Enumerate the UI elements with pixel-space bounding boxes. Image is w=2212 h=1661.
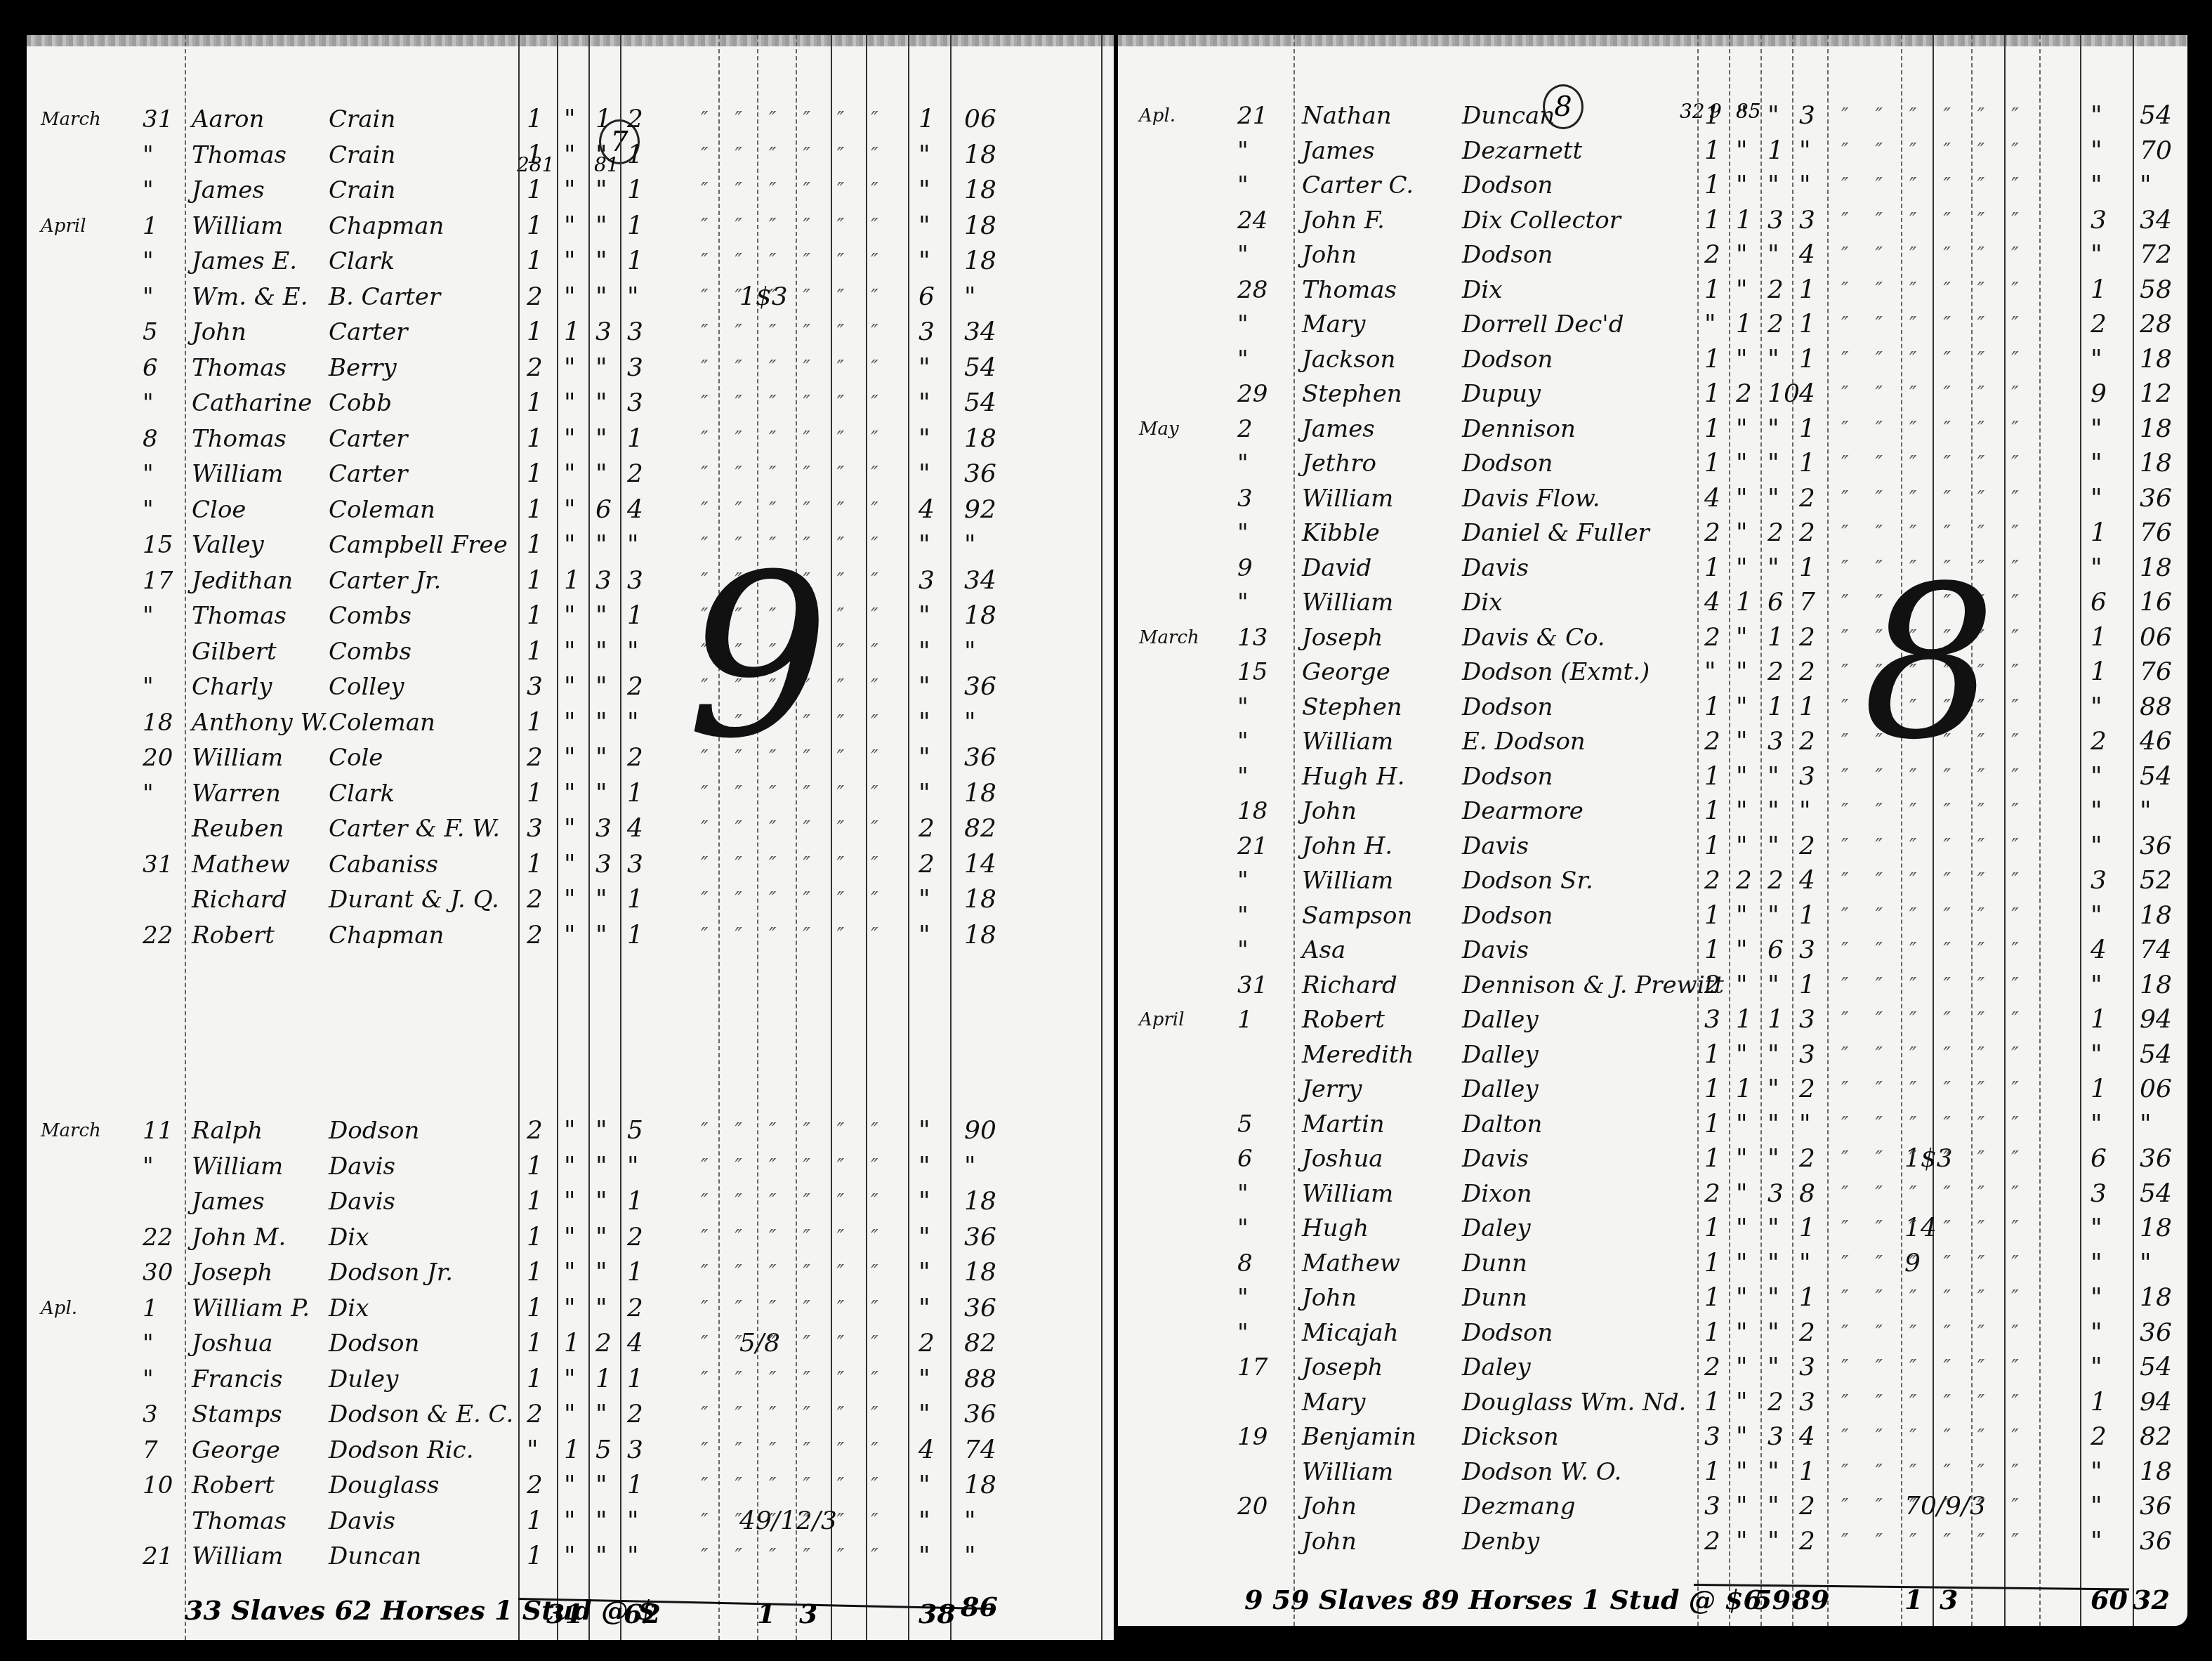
ditto-marks: ″″″″″″ [701, 847, 905, 882]
entry-col-3: 3 [1767, 1419, 1784, 1455]
ditto-marks: ″″″″″″ [1841, 1211, 2046, 1246]
entry-col-2: " [1736, 446, 1748, 481]
ditto-marks: ″″″″″″ [1841, 481, 2046, 516]
ledger-row: April1RobertDalley3113194″″″″″″ [1118, 1002, 2187, 1037]
entry-last-name: Dupuy [1462, 376, 1541, 412]
entry-last-name: Davis Flow. [1462, 481, 1600, 516]
entry-last-name: Dodson Ric. [329, 1433, 473, 1468]
entry-col-2: " [564, 1149, 576, 1184]
entry-col-1: 2 [527, 882, 543, 917]
entry-col-2: " [1736, 1246, 1748, 1281]
entry-col-2: " [1736, 237, 1748, 273]
entry-col-1: 1 [1704, 273, 1720, 308]
entry-col-1: 1 [527, 209, 543, 244]
entry-day: 18 [1237, 794, 1268, 829]
entry-col-1: 1 [1704, 1280, 1720, 1315]
ledger-row: 31RichardDennison & J. Prewitt2""1"18″″″… [1118, 968, 2187, 1003]
ditto-marks: ″″″″″″ [1841, 237, 2046, 273]
entry-day: 31 [1237, 968, 1268, 1003]
entry-col-2: " [564, 527, 576, 563]
entry-col-1: 3 [527, 669, 543, 704]
entry-last-name: Dennison & J. Prewitt [1462, 968, 1724, 1003]
entry-last-name: Dix [1462, 585, 1502, 620]
entry-total-cents: 34 [964, 315, 996, 350]
ditto-marks: ″″″″″″ [701, 421, 905, 457]
entry-day: 6 [143, 350, 158, 386]
entry-month: Apl. [41, 1291, 77, 1326]
ledger-row: "WilliamDix4167616″″″″″″ [1118, 585, 2187, 620]
entry-last-name: Dix [1462, 273, 1502, 308]
ditto-marks: ″″″″″″ [1841, 829, 2046, 864]
entry-last-name: Dodson [1462, 759, 1553, 794]
entry-first-name: Francis [192, 1362, 282, 1397]
entry-first-name: James [192, 173, 265, 208]
entry-col-2: " [1736, 1489, 1748, 1524]
entry-col-3: 2 [1767, 863, 1784, 898]
entry-last-name: Carter & F. W. [329, 811, 500, 846]
entry-col-3: 6 [595, 492, 612, 527]
entry-col-1: 1 [1704, 98, 1720, 133]
entry-col-1: 2 [527, 918, 543, 953]
entry-col-dollars: " [919, 882, 930, 917]
entry-col-2: " [564, 882, 576, 917]
entry-col-3: 2 [1767, 273, 1784, 308]
ditto-marks: ″″″″″″ [701, 1433, 905, 1468]
entry-day: 1 [1237, 1002, 1253, 1037]
entry-col-4: 4 [627, 1326, 643, 1361]
entry-col-2: " [1736, 1315, 1748, 1351]
entry-last-name: Dunn [1462, 1246, 1527, 1281]
entry-total-cents: " [2140, 1107, 2152, 1142]
entry-col-1: 1 [1704, 898, 1720, 933]
entry-col-1: 2 [1704, 1176, 1720, 1212]
ledger-row: "MaryDorrell Dec'd"121228″″″″″″ [1118, 307, 2187, 342]
ditto-marks: ″″″″″″ [701, 1184, 905, 1219]
entry-col-4: 4 [627, 811, 643, 846]
entry-total-cents: 76 [2140, 655, 2172, 690]
entry-first-name: Meredith [1302, 1037, 1414, 1072]
entry-total-cents: 18 [2140, 551, 2172, 586]
ledger-row: "JethroDodson1""1"18″″″″″″ [1118, 446, 2187, 481]
entry-total-cents: 18 [964, 138, 996, 173]
entry-col-1: 1 [527, 1362, 543, 1397]
ledger-row: GilbertCombs1"""""″″″″″″ [27, 634, 1114, 669]
total-dollars: 38 [919, 1598, 956, 1629]
entry-col-dollars: " [2091, 1489, 2102, 1524]
entry-col-4: 1 [627, 421, 643, 457]
entry-col-3: " [595, 350, 607, 386]
entry-col-4: 1 [627, 244, 643, 279]
entry-last-name: Coleman [329, 705, 435, 740]
entry-total-cents: 18 [964, 776, 996, 811]
entry-total-cents: 18 [964, 421, 996, 457]
entry-day: 11 [143, 1113, 173, 1148]
entry-col-2: " [564, 244, 576, 279]
entry-col-dollars: " [2091, 690, 2102, 725]
total-col6: 1 [757, 1598, 775, 1629]
ledger-row: 21WilliamDuncan1"""""″″″″″″ [27, 1539, 1114, 1574]
entry-col-dollars: 4 [919, 1433, 935, 1468]
entry-col-2: " [564, 280, 576, 315]
entry-col-4: 4 [627, 492, 643, 527]
entry-col-3: 2 [1767, 307, 1784, 342]
entry-last-name: Chapman [329, 209, 444, 244]
entry-day: " [143, 669, 154, 704]
entry-first-name: John [1302, 1524, 1357, 1559]
entry-total-cents: 14 [964, 847, 996, 882]
entry-day: 8 [143, 421, 158, 457]
total-horses: 62 [624, 1598, 661, 1629]
entry-first-name: Carter C. [1302, 168, 1414, 203]
entry-col-4: " [1799, 1107, 1811, 1142]
entry-total-cents: " [964, 1149, 976, 1184]
entry-col-1: 1 [527, 1291, 543, 1326]
entry-col-3: 6 [1767, 933, 1784, 968]
entry-col-3: " [595, 1220, 607, 1255]
entry-col-1: 1 [527, 847, 543, 882]
entry-first-name: Wm. & E. [192, 280, 308, 315]
entry-day: 6 [1237, 1141, 1253, 1176]
entry-col-4: 1 [1799, 1211, 1815, 1246]
entry-col-3: " [1767, 1489, 1779, 1524]
entry-col-3: " [1767, 759, 1779, 794]
entry-col-2: " [1736, 342, 1748, 377]
entry-col-1: 2 [1704, 968, 1720, 1003]
entry-col-3: 1 [1767, 133, 1784, 169]
entry-col-2: " [564, 1255, 576, 1290]
entry-col-3: " [1767, 1350, 1779, 1385]
entry-day: " [143, 1326, 154, 1361]
entry-day: 5 [1237, 1107, 1253, 1142]
entry-col-2: " [564, 1220, 576, 1255]
ledger-row: Apl.1William P.Dix1""2"36″″″″″″ [27, 1291, 1114, 1326]
entry-col-3: " [595, 1397, 607, 1432]
entry-col-1: 1 [1704, 794, 1720, 829]
entry-col-2: " [564, 1113, 576, 1148]
entry-col-4: 2 [1799, 829, 1815, 864]
entry-col-2: " [564, 847, 576, 882]
ditto-marks: ″″″″″″ [701, 918, 905, 953]
entry-col-4: 4 [1799, 1419, 1815, 1455]
entry-col-3: 1 [1767, 1002, 1784, 1037]
entry-last-name: Dix [329, 1291, 369, 1326]
entry-col-dollars: 1 [2091, 516, 2107, 551]
ledger-row: 29StephenDupuy12104912″″″″″″ [1118, 376, 2187, 412]
entry-col-2: " [1736, 1176, 1748, 1212]
ledger-row: 10RobertDouglass2""1"18″″″″″″ [27, 1468, 1114, 1503]
entry-last-name: Davis [1462, 551, 1529, 586]
entry-col-4: 3 [1799, 759, 1815, 794]
entry-first-name: Gilbert [192, 634, 277, 669]
entry-total-cents: 54 [2140, 1176, 2172, 1212]
entry-col-dollars: 1 [2091, 1002, 2107, 1037]
entry-col-dollars: " [2091, 968, 2102, 1003]
entry-day: 2 [1237, 412, 1253, 447]
ditto-marks: ″″″″″″ [701, 244, 905, 279]
ledger-row: "CloeColeman1"64492″″″″″″ [27, 492, 1114, 527]
entry-col-3: " [1767, 446, 1779, 481]
ditto-marks: ″″″″″″ [1841, 1315, 2046, 1351]
entry-col-dollars: " [2091, 551, 2102, 586]
entry-col-2: " [1736, 481, 1748, 516]
entry-col-1: 1 [527, 244, 543, 279]
entry-col-2: 1 [1736, 307, 1752, 342]
entry-col-4: 1 [627, 918, 643, 953]
entry-col-1: 1 [527, 634, 543, 669]
entry-total-cents: 18 [964, 209, 996, 244]
entry-month: May [1139, 412, 1179, 447]
entry-day: 18 [143, 705, 173, 740]
entry-col-2: " [1736, 1037, 1748, 1072]
entry-col-dollars: " [919, 1149, 930, 1184]
entry-first-name: William [1302, 1176, 1393, 1212]
entry-first-name: Hugh H. [1302, 759, 1404, 794]
entry-first-name: Mathew [1302, 1246, 1400, 1281]
entry-first-name: Stamps [192, 1397, 282, 1432]
entry-first-name: Jedithan [192, 563, 293, 598]
ditto-marks: ″″″″″″ [1841, 1246, 2046, 1281]
entry-first-name: John F. [1302, 203, 1385, 238]
ditto-marks: ″″″″″″ [1841, 1489, 2046, 1524]
ledger-row: 9DavidDavis1""1"18″″″″″″ [1118, 551, 2187, 586]
ledger-row: March13JosephDavis & Co.2"12106″″″″″″ [1118, 620, 2187, 655]
entry-day: 24 [1237, 203, 1268, 238]
entry-col-3: " [1767, 98, 1779, 133]
entry-last-name: Dalley [1462, 1072, 1539, 1107]
entry-col-2: " [564, 669, 576, 704]
entry-first-name: Stephen [1302, 376, 1402, 412]
entry-first-name: John [1302, 237, 1357, 273]
entry-col-dollars: " [919, 669, 930, 704]
total-cents: 86 [961, 1591, 998, 1622]
entry-total-cents: 34 [964, 563, 996, 598]
entry-total-cents: 28 [2140, 307, 2172, 342]
entry-col-dollars: " [919, 1539, 930, 1574]
entry-col-3: " [1767, 237, 1779, 273]
ledger-row: ReubenCarter & F. W.3"34282″″″″″″ [27, 811, 1114, 846]
entry-last-name: Dodson Sr. [1462, 863, 1593, 898]
ditto-marks: ″″″″″″ [1841, 1072, 2046, 1107]
entry-col-1: 1 [1704, 759, 1720, 794]
entry-col-2: " [1736, 1107, 1748, 1142]
entry-last-name: Dodson [1462, 237, 1553, 273]
entry-total-cents: 36 [964, 740, 996, 775]
entry-col-1: 1 [527, 563, 543, 598]
entry-col-4: " [627, 1504, 639, 1539]
entry-first-name: Joshua [1302, 1141, 1383, 1176]
ledger-row: WilliamDodson W. O.1""1"18″″″″″″ [1118, 1455, 2187, 1490]
entry-col-2: " [1736, 516, 1748, 551]
entry-first-name: Nathan [1302, 98, 1392, 133]
entry-first-name: Cloe [192, 492, 246, 527]
ledger-row: "James E.Clark1""1"18″″″″″″ [27, 244, 1114, 279]
ditto-marks: ″″″″″″ [1841, 863, 2046, 898]
entry-col-2: " [564, 1362, 576, 1397]
entry-day: 31 [143, 847, 173, 882]
entry-day: " [1237, 446, 1249, 481]
entry-col-4: 2 [1799, 655, 1815, 690]
entry-day: 3 [143, 1397, 158, 1432]
ditto-marks: ″″″″″″ [1841, 273, 2046, 308]
entry-col-1: 2 [527, 1468, 543, 1503]
entry-col-1: 1 [1704, 342, 1720, 377]
entry-day: 17 [1237, 1350, 1268, 1385]
ledger-row: "HughDaley1""1"1814″″″″″″ [1118, 1211, 2187, 1246]
ditto-marks: ″″″″″″ [701, 280, 905, 315]
entry-first-name: William P. [192, 1291, 310, 1326]
entry-col-4: 2 [1799, 1072, 1815, 1107]
entry-first-name: Kibble [1302, 516, 1380, 551]
entry-col-4: 3 [627, 1433, 643, 1468]
ledger-row: 22RobertChapman2""1"18″″″″″″ [27, 918, 1114, 953]
entry-col-1: 1 [527, 527, 543, 563]
entry-last-name: Dickson [1462, 1419, 1559, 1455]
ditto-marks: ″″″″″″ [701, 457, 905, 492]
entry-last-name: Dodson [1462, 1315, 1553, 1351]
ditto-marks: ″″″″″″ [701, 138, 905, 173]
entry-col-dollars: 2 [2091, 1419, 2107, 1455]
entry-col-3: " [595, 386, 607, 421]
entry-col-1: 1 [1704, 446, 1720, 481]
entry-total-cents: " [2140, 794, 2152, 829]
entry-first-name: Mary [1302, 1385, 1366, 1420]
entry-day: " [143, 244, 154, 279]
entry-col-2: " [564, 350, 576, 386]
entry-first-name: John [1302, 794, 1357, 829]
entry-col-1: 2 [527, 1397, 543, 1432]
entry-col-2: " [1736, 1280, 1748, 1315]
entry-total-cents: " [964, 1504, 976, 1539]
entry-col-2: " [1736, 724, 1748, 759]
entry-col-2: " [1736, 412, 1748, 447]
ledger-row: ThomasDavis1"""""49/12/3″″″″″″ [27, 1504, 1114, 1539]
entry-day: 21 [1237, 98, 1268, 133]
entry-col-4: 2 [627, 102, 643, 137]
entry-last-name: Crain [329, 102, 395, 137]
totals-label: 9 59 Slaves 89 Horses 1 Stud @ $6 [1244, 1584, 1762, 1615]
entry-first-name: William [192, 457, 283, 492]
total-cents: 32 [2133, 1584, 2170, 1615]
entry-last-name: Davis [1462, 829, 1529, 864]
entry-total-cents: 18 [964, 1255, 996, 1290]
entry-col-2: " [564, 1184, 576, 1219]
entry-day: 13 [1237, 620, 1268, 655]
ditto-marks: ″″″″″″ [1841, 1385, 2046, 1420]
entry-col-4: " [1799, 794, 1811, 829]
entry-last-name: Davis [329, 1184, 395, 1219]
entry-day: " [143, 492, 154, 527]
ledger-row: "CharlyColley3""2"36″″″″″″ [27, 669, 1114, 704]
entry-col-3: 3 [1767, 724, 1784, 759]
ledger-row: 6JoshuaDavis1""26361$3″″″″″″ [1118, 1141, 2187, 1176]
entry-last-name: Dodson (Exmt.) [1462, 655, 1650, 690]
entry-col-dollars: " [919, 350, 930, 386]
ledger-row: 8ThomasCarter1""1"18″″″″″″ [27, 421, 1114, 457]
entry-col-1: 1 [1704, 376, 1720, 412]
entry-last-name: Cabaniss [329, 847, 438, 882]
entry-col-4: 3 [627, 315, 643, 350]
entry-col-1: 3 [1704, 1002, 1720, 1037]
entry-day: " [143, 457, 154, 492]
ditto-marks: ″″″″″″ [1841, 1455, 2046, 1490]
entry-month: March [41, 1113, 101, 1148]
entry-last-name: Dalley [1462, 1002, 1539, 1037]
entry-col-2: " [1736, 690, 1748, 725]
entry-col-4: 2 [627, 1291, 643, 1326]
entry-col-1: 1 [1704, 829, 1720, 864]
entry-col-dollars: " [919, 1255, 930, 1290]
ledger-row: JohnDenby2""2"36″″″″″″ [1118, 1524, 2187, 1559]
entry-total-cents: 18 [964, 882, 996, 917]
entry-col-4: 1 [1799, 342, 1815, 377]
ledger-row: "WarrenClark1""1"18″″″″″″ [27, 776, 1114, 811]
entry-first-name: William [1302, 863, 1393, 898]
ledger-row: "JamesDezarnett1"1""70″″″″″″ [1118, 133, 2187, 169]
entry-total-cents: 46 [2140, 724, 2172, 759]
entry-col-dollars: " [919, 173, 930, 208]
entry-total-cents: 54 [964, 386, 996, 421]
ledger-row: 22John M.Dix1""2"36″″″″″″ [27, 1220, 1114, 1255]
entry-last-name: Cobb [329, 386, 392, 421]
ledger-row: 18Anthony W.Coleman1"""""″″″″″″ [27, 705, 1114, 740]
ledger-page-right: 8 32 9 85 Apl.21NathanDuncan1""3"54″″″″″… [1118, 35, 2187, 1626]
entry-day: " [1237, 1211, 1249, 1246]
ledger-row: 6ThomasBerry2""3"54″″″″″″ [27, 350, 1114, 386]
entry-last-name: Dix [329, 1220, 369, 1255]
entry-col-dollars: " [919, 1362, 930, 1397]
entry-last-name: Combs [329, 634, 412, 669]
total-dollars: 60 [2091, 1584, 2128, 1615]
entry-col-3: 2 [1767, 655, 1784, 690]
entry-col-3: " [595, 740, 607, 775]
entry-first-name: Robert [1302, 1002, 1385, 1037]
entry-last-name: Davis [329, 1504, 395, 1539]
ledger-row: RichardDurant & J. Q.2""1"18″″″″″″ [27, 882, 1114, 917]
entry-col-3: " [595, 209, 607, 244]
entry-day: " [1237, 237, 1249, 273]
entry-col-4: 1 [1799, 412, 1815, 447]
entry-col-1: 1 [527, 598, 543, 633]
entry-last-name: Coleman [329, 492, 435, 527]
entry-col-2: 1 [564, 315, 580, 350]
entry-last-name: Dearmore [1462, 794, 1584, 829]
entry-col-1: 1 [527, 457, 543, 492]
entry-total-cents: 82 [964, 1326, 996, 1361]
entry-day: 15 [1237, 655, 1268, 690]
ledger-row: 3WilliamDavis Flow.4""2"36″″″″″″ [1118, 481, 2187, 516]
entry-col-2: " [564, 386, 576, 421]
ledger-row: 3StampsDodson & E. C.2""2"36″″″″″″ [27, 1397, 1114, 1432]
entry-col-dollars: " [919, 421, 930, 457]
total-slaves: 59 [1753, 1584, 1791, 1615]
entry-col-dollars: " [2091, 1107, 2102, 1142]
entry-col-3: " [595, 244, 607, 279]
entry-day: 3 [1237, 481, 1253, 516]
ledger-row: "ThomasCombs1""1"18″″″″″″ [27, 598, 1114, 633]
ditto-marks: ″″″″″″ [701, 882, 905, 917]
entry-col-3: 10 [1767, 376, 1800, 412]
entry-total-cents: 54 [2140, 1350, 2172, 1385]
entry-last-name: Davis & Co. [1462, 620, 1605, 655]
margin-mark: 8 [1862, 541, 1996, 786]
entry-total-cents: 36 [2140, 1141, 2172, 1176]
entry-col-dollars: " [919, 244, 930, 279]
entry-col-4: 2 [1799, 620, 1815, 655]
ditto-marks: ″″″″″″ [701, 492, 905, 527]
entry-col-dollars: 3 [919, 563, 935, 598]
entry-first-name: Thomas [192, 350, 287, 386]
entry-col-4: 1 [627, 1362, 643, 1397]
